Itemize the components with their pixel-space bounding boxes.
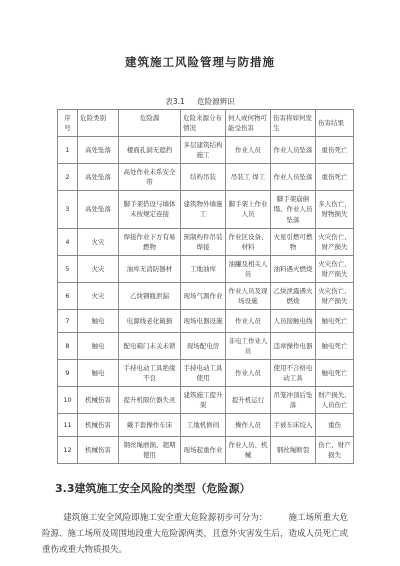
table-cell: 7 [58, 309, 78, 332]
table-cell: 3 [58, 191, 78, 228]
table-cell: 机械伤害 [78, 414, 119, 437]
table-cell: 作业人员 [226, 360, 271, 387]
table-cell: 机械伤害 [78, 387, 119, 414]
table-cell: 吊笼冲顶后坠落 [271, 387, 316, 414]
table-cell: 钢丝绳断裂 [271, 437, 316, 464]
table-cell: 伤亡、财产损失 [316, 437, 354, 464]
col-header-how-occurs: 伤害将如何发生 [271, 110, 316, 137]
table-cell: 火灾 [78, 255, 119, 282]
col-header-who-harmed: 何人或何物可能受伤害 [226, 110, 271, 137]
table-cell: 多人伤亡，财物损失 [316, 191, 354, 228]
document-title: 建筑施工风险管理与防措施 [0, 0, 400, 70]
table-cell: 预制构件吊装焊接 [181, 228, 226, 255]
table-cell: 火灾伤亡、财产损失 [316, 255, 354, 282]
table-cell: 作业人员坠落 [271, 137, 316, 164]
table-cell: 2 [58, 164, 78, 191]
table-cell: 钢丝绳磨损、超期使用 [119, 437, 181, 464]
table-cell: 机械伤害 [78, 437, 119, 464]
table-cell: 高处坠落 [78, 164, 119, 191]
table-cell: 作业区设备、材料 [226, 228, 271, 255]
table-cell: 工地机修间 [181, 414, 226, 437]
table-cell: 触电 [78, 360, 119, 387]
table-cell: 财产损失、人员伤亡 [316, 387, 354, 414]
hazard-table: 序 号 危险类别 危险源 危险来源分布情况 何人或何物可能受伤害 伤害将如何发生… [57, 109, 354, 464]
table-cell: 现场气割作业 [181, 282, 226, 309]
table-cell: 吊装工 焊工 [226, 164, 271, 191]
col-header-source: 危险源 [119, 110, 181, 137]
table-cell: 作业人员、机械 [226, 437, 271, 464]
table-row: 8触电配电箱门未关未锁现场配电房非电工作业人员违章操作电器触电死亡 [58, 332, 354, 359]
table-cell: 戴手套操作车床 [119, 414, 181, 437]
table-row: 3高处坠落脚手架搭设与墙体未按规定连接建筑物外墙施工脚手架上作业人员脚手架崩倒塌… [58, 191, 354, 228]
table-row: 6火灾乙炔钢瓶泄漏现场气割作业作业人员及现场设施乙炔泄露遇火燃烧火灾伤亡、财产损… [58, 282, 354, 309]
table-cell: 触电死亡 [316, 332, 354, 359]
table-cell: 5 [58, 255, 78, 282]
table-cell: 9 [58, 360, 78, 387]
table-row: 1高处坠落楼面孔洞无遮挡多层建筑结构施工作业人员作业人员坠落重伤死亡 [58, 137, 354, 164]
table-cell: 作业人员坠落 [271, 164, 316, 191]
table-cell: 乙炔泄露遇火燃烧 [271, 282, 316, 309]
table-cell: 作业人员 [226, 309, 271, 332]
table-cell: 油库无消防器材 [119, 255, 181, 282]
table-row: 4火灾焊接作业下方有易燃物预制构件吊装焊接作业区设备、材料火星引燃可燃物火灾伤亡… [58, 228, 354, 255]
table-cell: 油罐及相关人员 [226, 255, 271, 282]
table-cell: 脚手架搭设与墙体未按规定连接 [119, 191, 181, 228]
table-cell: 10 [58, 387, 78, 414]
table-cell: 触电 [78, 309, 119, 332]
table-cell: 火灾伤亡、财产损失 [316, 282, 354, 309]
table-cell: 电源线老化破损 [119, 309, 181, 332]
table-cell: 作业人员 [226, 137, 271, 164]
table-cell: 脚手架崩倒塌、作业人员坠落 [271, 191, 316, 228]
table-cell: 现场配电房 [181, 332, 226, 359]
table-cell: 现场起重作业 [181, 437, 226, 464]
table-cell: 多层建筑结构施工 [181, 137, 226, 164]
table-cell: 6 [58, 282, 78, 309]
table-cell: 现场电器设施 [181, 309, 226, 332]
table-cell: 油料遇火燃烧 [271, 255, 316, 282]
table-cell: 11 [58, 414, 78, 437]
table-cell: 手持电动工具使用 [181, 360, 226, 387]
table-cell: 建筑施工提升架 [181, 387, 226, 414]
table-cell: 操作人员 [226, 414, 271, 437]
table-cell: 结构吊装 [181, 164, 226, 191]
col-header-index: 序 号 [58, 110, 78, 137]
table-cell: 4 [58, 228, 78, 255]
table-cell: 12 [58, 437, 78, 464]
table-cell: 触电死亡 [316, 309, 354, 332]
table-cell: 违章操作电器 [271, 332, 316, 359]
section-heading: 3.3建筑施工安全风险的类型（危险源） [55, 480, 400, 496]
table-cell: 手被车床绞入 [271, 414, 316, 437]
table-cell: 8 [58, 332, 78, 359]
table-cell: 触电死亡 [316, 360, 354, 387]
body-paragraph: 建筑施工安全风险即施工安全重大危险源初步可分为： 施工场所重大危险源、施工场所及… [42, 510, 348, 558]
table-cell: 火灾 [78, 228, 119, 255]
hazard-table-head: 序 号 危险类别 危险源 危险来源分布情况 何人或何物可能受伤害 伤害将如何发生… [58, 110, 354, 137]
table-header-row: 序 号 危险类别 危险源 危险来源分布情况 何人或何物可能受伤害 伤害将如何发生… [58, 110, 354, 137]
table-cell: 非电工作业人员 [226, 332, 271, 359]
table-row: 7触电电源线老化破损现场电器设施作业人员人员接触电线触电死亡 [58, 309, 354, 332]
table-cell: 高处坠落 [78, 137, 119, 164]
table-row: 9触电手持电动工具绝缘不良手持电动工具使用作业人员使用不合格电动工具触电死亡 [58, 360, 354, 387]
table-cell: 火星引燃可燃物 [271, 228, 316, 255]
table-cell: 焊接作业下方有易燃物 [119, 228, 181, 255]
table-cell: 楼面孔洞无遮挡 [119, 137, 181, 164]
table-cell: 触电 [78, 332, 119, 359]
table-row: 12机械伤害钢丝绳磨损、超期使用现场起重作业作业人员、机械钢丝绳断裂伤亡、财产损… [58, 437, 354, 464]
table-cell: 配电箱门未关未锁 [119, 332, 181, 359]
col-header-result: 伤害结果 [316, 110, 354, 137]
table-cell: 乙炔钢瓶泄漏 [119, 282, 181, 309]
hazard-table-body: 1高处坠落楼面孔洞无遮挡多层建筑结构施工作业人员作业人员坠落重伤死亡2高处坠落高… [58, 137, 354, 464]
table-cell: 重伤死亡 [316, 164, 354, 191]
table-cell: 提升机限位器失灵 [119, 387, 181, 414]
table-row: 11机械伤害戴手套操作车床工地机修间操作人员手被车床绞入重伤 [58, 414, 354, 437]
table-cell: 火灾伤亡、财产损失 [316, 228, 354, 255]
table-cell: 高处坠落 [78, 191, 119, 228]
table-cell: 人员接触电线 [271, 309, 316, 332]
table-cell: 重伤死亡 [316, 137, 354, 164]
document-page: 建筑施工风险管理与防措施 表3.1 危险源辨识 序 号 危险类别 危险源 危险来… [0, 0, 400, 566]
table-cell: 火灾 [78, 282, 119, 309]
table-row: 2高处坠落高处作业未系安全带结构吊装吊装工 焊工作业人员坠落重伤死亡 [58, 164, 354, 191]
table-cell: 脚手架上作业人员 [226, 191, 271, 228]
table-row: 5火灾油库无消防器材工地油库油罐及相关人员油料遇火燃烧火灾伤亡、财产损失 [58, 255, 354, 282]
table-cell: 提升机运行 [226, 387, 271, 414]
table-cell: 重伤 [316, 414, 354, 437]
col-header-distribution: 危险来源分布情况 [181, 110, 226, 137]
table-cell: 手持电动工具绝缘不良 [119, 360, 181, 387]
table-cell: 建筑物外墙施工 [181, 191, 226, 228]
table-cell: 1 [58, 137, 78, 164]
table-cell: 工地油库 [181, 255, 226, 282]
table-cell: 使用不合格电动工具 [271, 360, 316, 387]
table-caption: 表3.1 危险源辨识 [0, 96, 400, 107]
table-row: 10机械伤害提升机限位器失灵建筑施工提升架提升机运行吊笼冲顶后坠落财产损失、人员… [58, 387, 354, 414]
col-header-category: 危险类别 [78, 110, 119, 137]
table-cell: 高处作业未系安全带 [119, 164, 181, 191]
table-cell: 作业人员及现场设施 [226, 282, 271, 309]
